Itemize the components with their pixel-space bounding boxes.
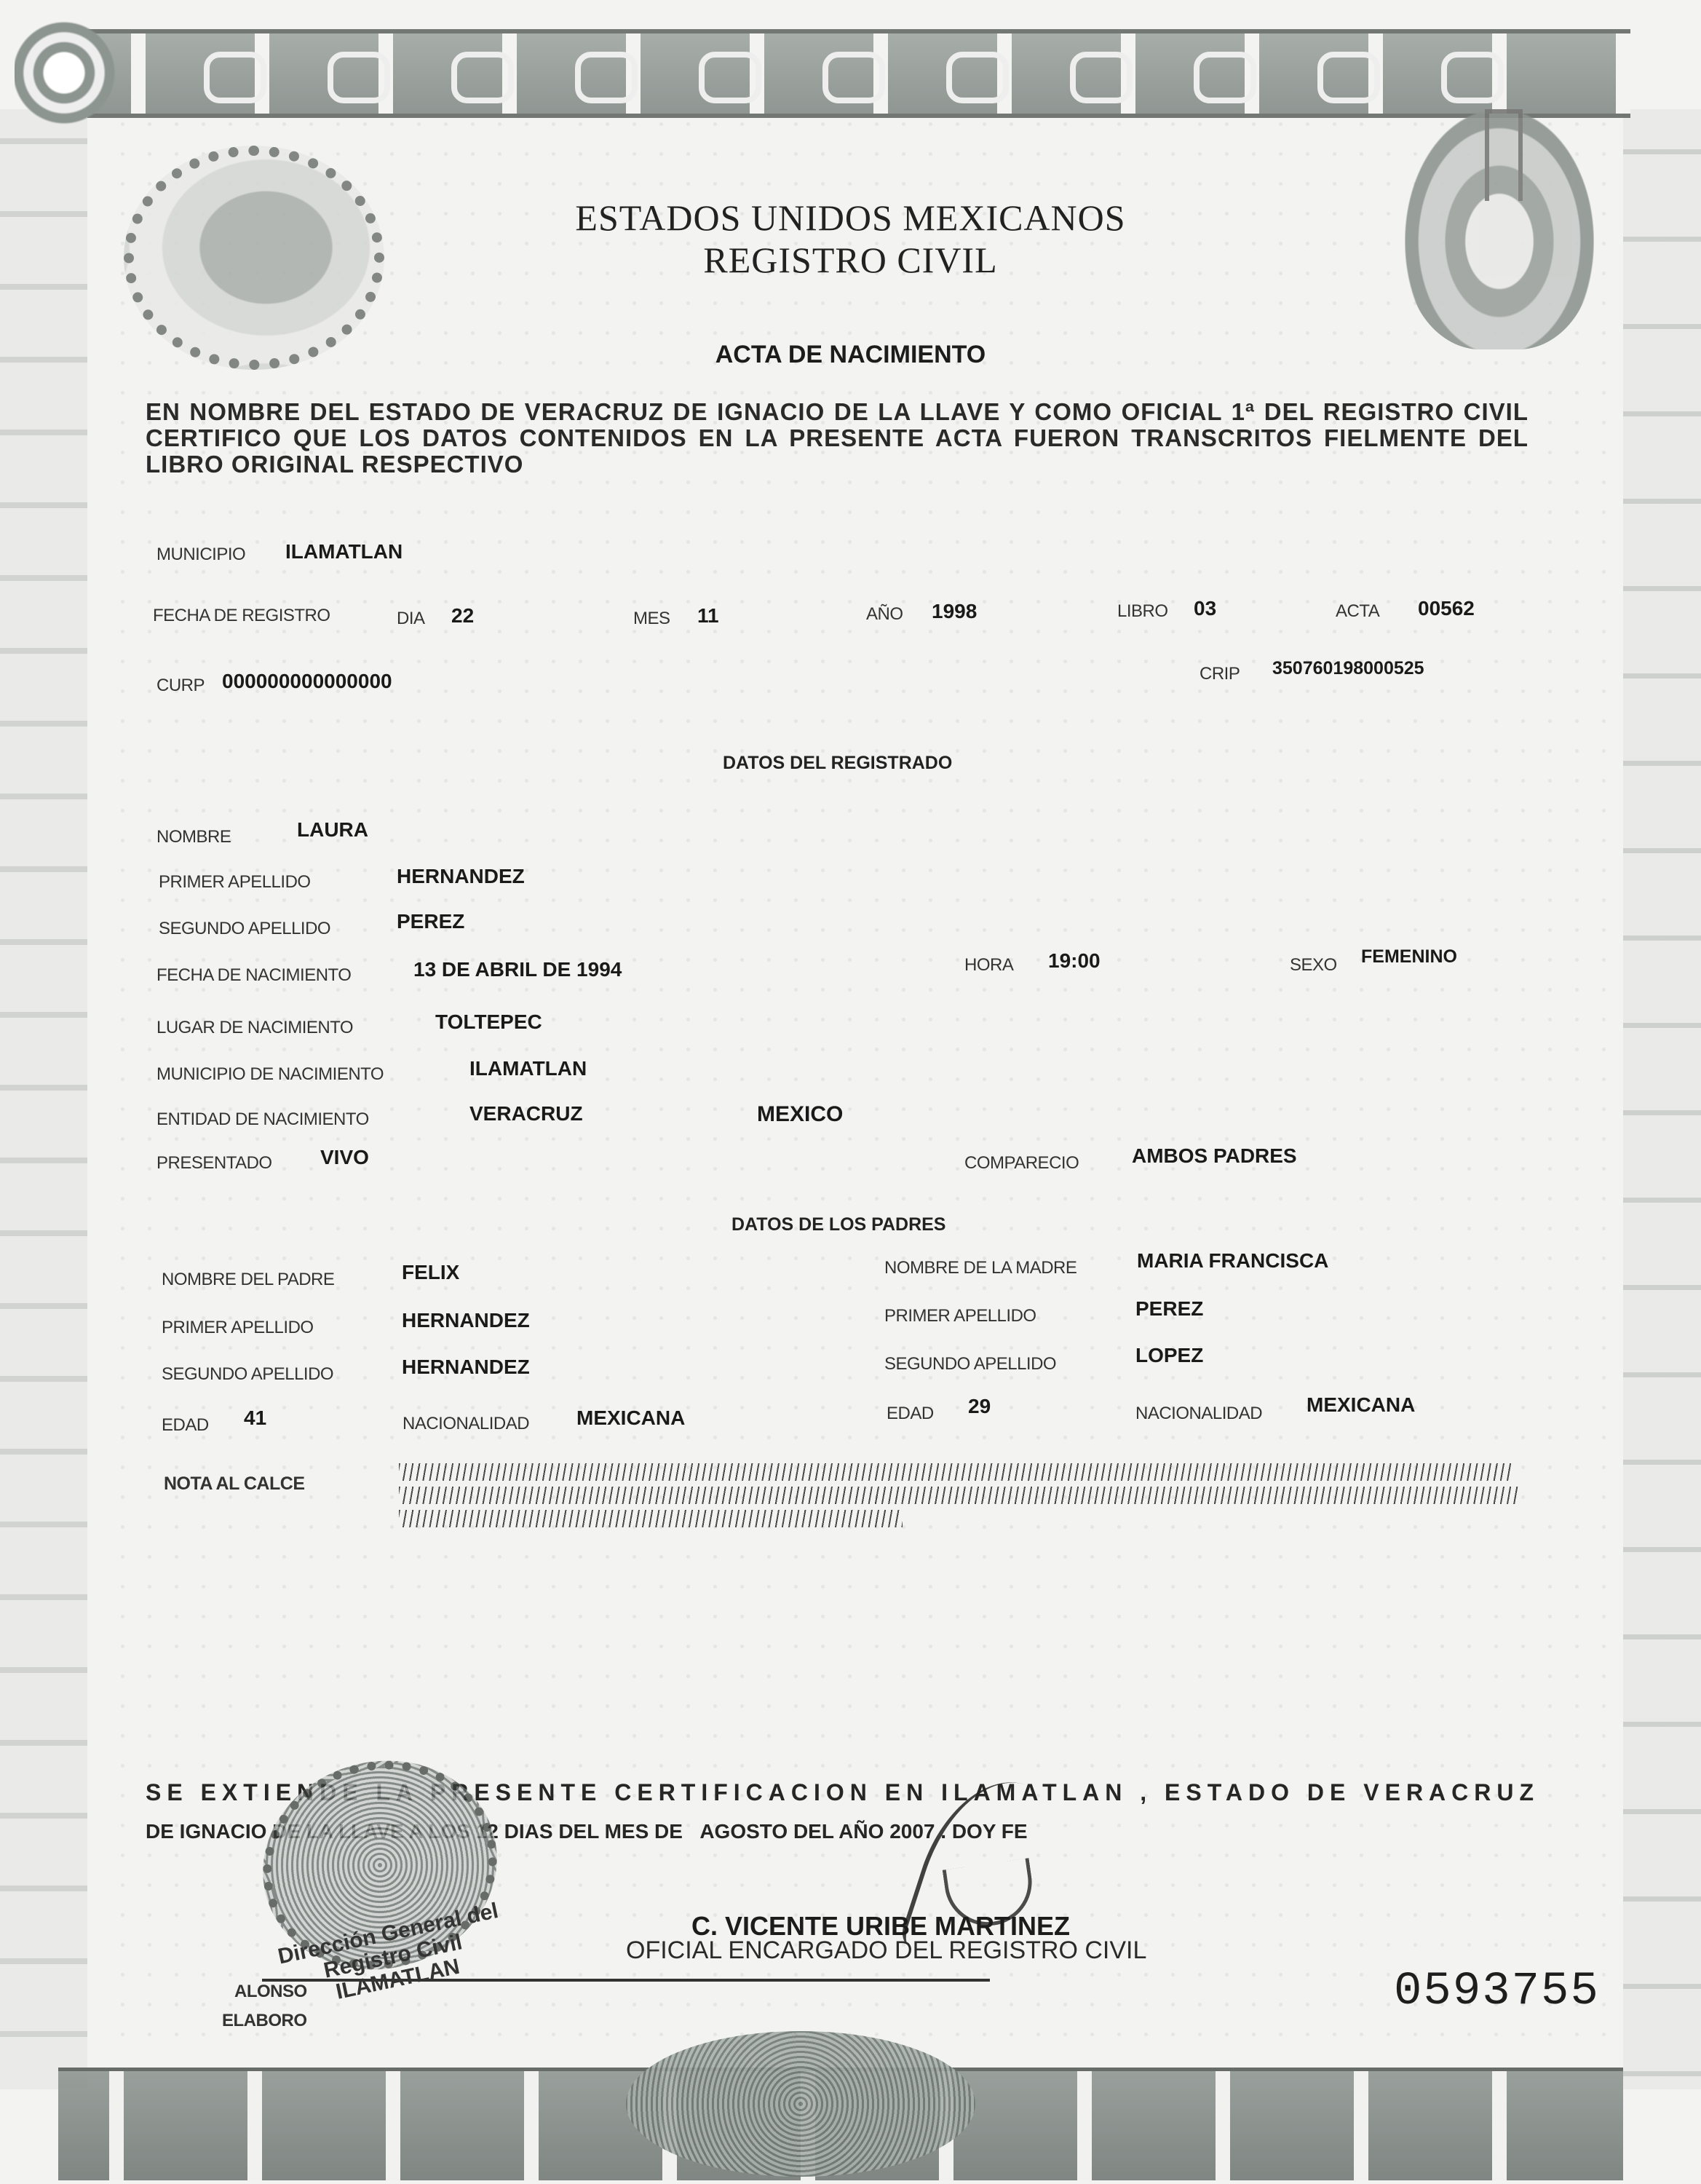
dia-label: DIA bbox=[397, 609, 425, 629]
crip-value: 350760198000525 bbox=[1272, 658, 1424, 679]
institution-title: REGISTRO CIVIL bbox=[0, 239, 1701, 281]
madre-nombre-value: MARIA FRANCISCA bbox=[1137, 1249, 1328, 1273]
fecha-registro-label: FECHA DE REGISTRO bbox=[153, 606, 330, 626]
lugar-nacimiento-label: LUGAR DE NACIMIENTO bbox=[156, 1018, 353, 1038]
fecha-nacimiento-value: 13 DE ABRIL DE 1994 bbox=[413, 958, 622, 981]
padre-primer-apellido-label: PRIMER APELLIDO bbox=[162, 1318, 314, 1338]
municipio-nacimiento-value: ILAMATLAN bbox=[469, 1057, 587, 1080]
folio-number: 0593755 bbox=[1394, 1966, 1600, 2018]
document-title: ACTA DE NACIMIENTO bbox=[0, 341, 1701, 369]
padre-nacionalidad-label: NACIONALIDAD bbox=[403, 1414, 529, 1434]
padre-segundo-apellido-label: SEGUNDO APELLIDO bbox=[162, 1364, 333, 1385]
section-datos-padres: DATOS DE LOS PADRES bbox=[731, 1214, 945, 1235]
sexo-value: FEMENINO bbox=[1361, 946, 1457, 968]
medallion-icon bbox=[626, 2031, 975, 2177]
libro-value: 03 bbox=[1194, 597, 1216, 620]
madre-nacionalidad-label: NACIONALIDAD bbox=[1135, 1404, 1262, 1424]
segundo-apellido-label: SEGUNDO APELLIDO bbox=[159, 919, 330, 939]
padre-edad-value: 41 bbox=[244, 1406, 266, 1430]
dia-value: 22 bbox=[451, 604, 474, 628]
entidad-nacimiento-label: ENTIDAD DE NACIMIENTO bbox=[156, 1109, 369, 1130]
madre-edad-value: 29 bbox=[968, 1395, 991, 1418]
nota-calce-cancel-lines bbox=[399, 1510, 903, 1527]
lugar-nacimiento-value: TOLTEPEC bbox=[435, 1010, 542, 1034]
padre-nombre-value: FELIX bbox=[402, 1261, 459, 1284]
madre-segundo-apellido-value: LOPEZ bbox=[1135, 1344, 1203, 1367]
elaboro-label: ELABORO bbox=[222, 2011, 307, 2031]
municipio-value: ILAMATLAN bbox=[285, 540, 403, 563]
presentado-value: VIVO bbox=[320, 1146, 369, 1169]
padre-primer-apellido-value: HERNANDEZ bbox=[402, 1309, 530, 1332]
madre-nombre-label: NOMBRE DE LA MADRE bbox=[884, 1258, 1076, 1278]
madre-segundo-apellido-label: SEGUNDO APELLIDO bbox=[884, 1354, 1056, 1374]
comparecio-label: COMPARECIO bbox=[964, 1153, 1079, 1174]
crip-label: CRIP bbox=[1200, 664, 1240, 684]
primer-apellido-label: PRIMER APELLIDO bbox=[159, 872, 311, 893]
madre-edad-label: EDAD bbox=[887, 1404, 934, 1424]
certification-intro: EN NOMBRE DEL ESTADO DE VERACRUZ DE IGNA… bbox=[146, 399, 1528, 478]
cert-days-text: DIAS DEL MES DE bbox=[504, 1820, 683, 1843]
madre-primer-apellido-value: PEREZ bbox=[1135, 1297, 1203, 1321]
padre-segundo-apellido-value: HERNANDEZ bbox=[402, 1356, 530, 1379]
mes-value: 11 bbox=[697, 604, 719, 628]
elaboro-name: ALONSO bbox=[234, 1982, 307, 2002]
fecha-nacimiento-label: FECHA DE NACIMIENTO bbox=[156, 965, 351, 986]
madre-primer-apellido-label: PRIMER APELLIDO bbox=[884, 1306, 1036, 1326]
libro-label: LIBRO bbox=[1117, 601, 1168, 622]
acta-value: 00562 bbox=[1418, 597, 1475, 620]
hora-label: HORA bbox=[964, 955, 1013, 976]
mes-label: MES bbox=[633, 609, 670, 629]
decorative-border-left bbox=[0, 109, 87, 2089]
entidad-nacimiento-value: VERACRUZ bbox=[469, 1102, 583, 1125]
segundo-apellido-value: PEREZ bbox=[397, 910, 464, 933]
acta-label: ACTA bbox=[1336, 601, 1379, 622]
primer-apellido-value: HERNANDEZ bbox=[397, 865, 525, 888]
curp-value: 000000000000000 bbox=[222, 670, 392, 693]
nombre-value: LAURA bbox=[297, 818, 368, 842]
nota-calce-cancel-lines bbox=[399, 1463, 1512, 1481]
cert-year: 2007 bbox=[889, 1820, 935, 1843]
curp-label: CURP bbox=[156, 676, 205, 696]
ornament-corner-icon bbox=[15, 7, 138, 138]
country-title: ESTADOS UNIDOS MEXICANOS bbox=[0, 197, 1701, 239]
official-title: OFICIAL ENCARGADO DEL REGISTRO CIVIL bbox=[626, 1936, 1146, 1965]
presentado-label: PRESENTADO bbox=[156, 1153, 272, 1174]
nota-calce-label: NOTA AL CALCE bbox=[164, 1473, 305, 1495]
madre-nacionalidad-value: MEXICANA bbox=[1307, 1393, 1415, 1417]
document-header: ESTADOS UNIDOS MEXICANOS REGISTRO CIVIL bbox=[0, 197, 1701, 281]
section-datos-registrado: DATOS DEL REGISTRADO bbox=[723, 753, 952, 774]
anio-label: AÑO bbox=[866, 604, 903, 625]
pais-nacimiento-value: MEXICO bbox=[757, 1102, 843, 1127]
anio-value: 1998 bbox=[932, 600, 977, 623]
padre-edad-label: EDAD bbox=[162, 1415, 209, 1436]
decorative-border-right bbox=[1623, 109, 1701, 2089]
hora-value: 19:00 bbox=[1048, 949, 1101, 973]
nombre-label: NOMBRE bbox=[156, 827, 231, 847]
sexo-label: SEXO bbox=[1290, 955, 1337, 976]
comparecio-value: AMBOS PADRES bbox=[1132, 1144, 1297, 1168]
padre-nacionalidad-value: MEXICANA bbox=[576, 1406, 685, 1430]
municipio-nacimiento-label: MUNICIPIO DE NACIMIENTO bbox=[156, 1064, 384, 1085]
padre-nombre-label: NOMBRE DEL PADRE bbox=[162, 1270, 334, 1290]
municipio-label: MUNICIPIO bbox=[156, 545, 245, 565]
nota-calce-cancel-lines bbox=[399, 1487, 1520, 1504]
cert-year-text: DEL AÑO bbox=[793, 1820, 884, 1843]
cert-month: AGOSTO bbox=[699, 1820, 788, 1843]
signature-line bbox=[262, 1979, 990, 1982]
decorative-border-top bbox=[87, 29, 1630, 118]
